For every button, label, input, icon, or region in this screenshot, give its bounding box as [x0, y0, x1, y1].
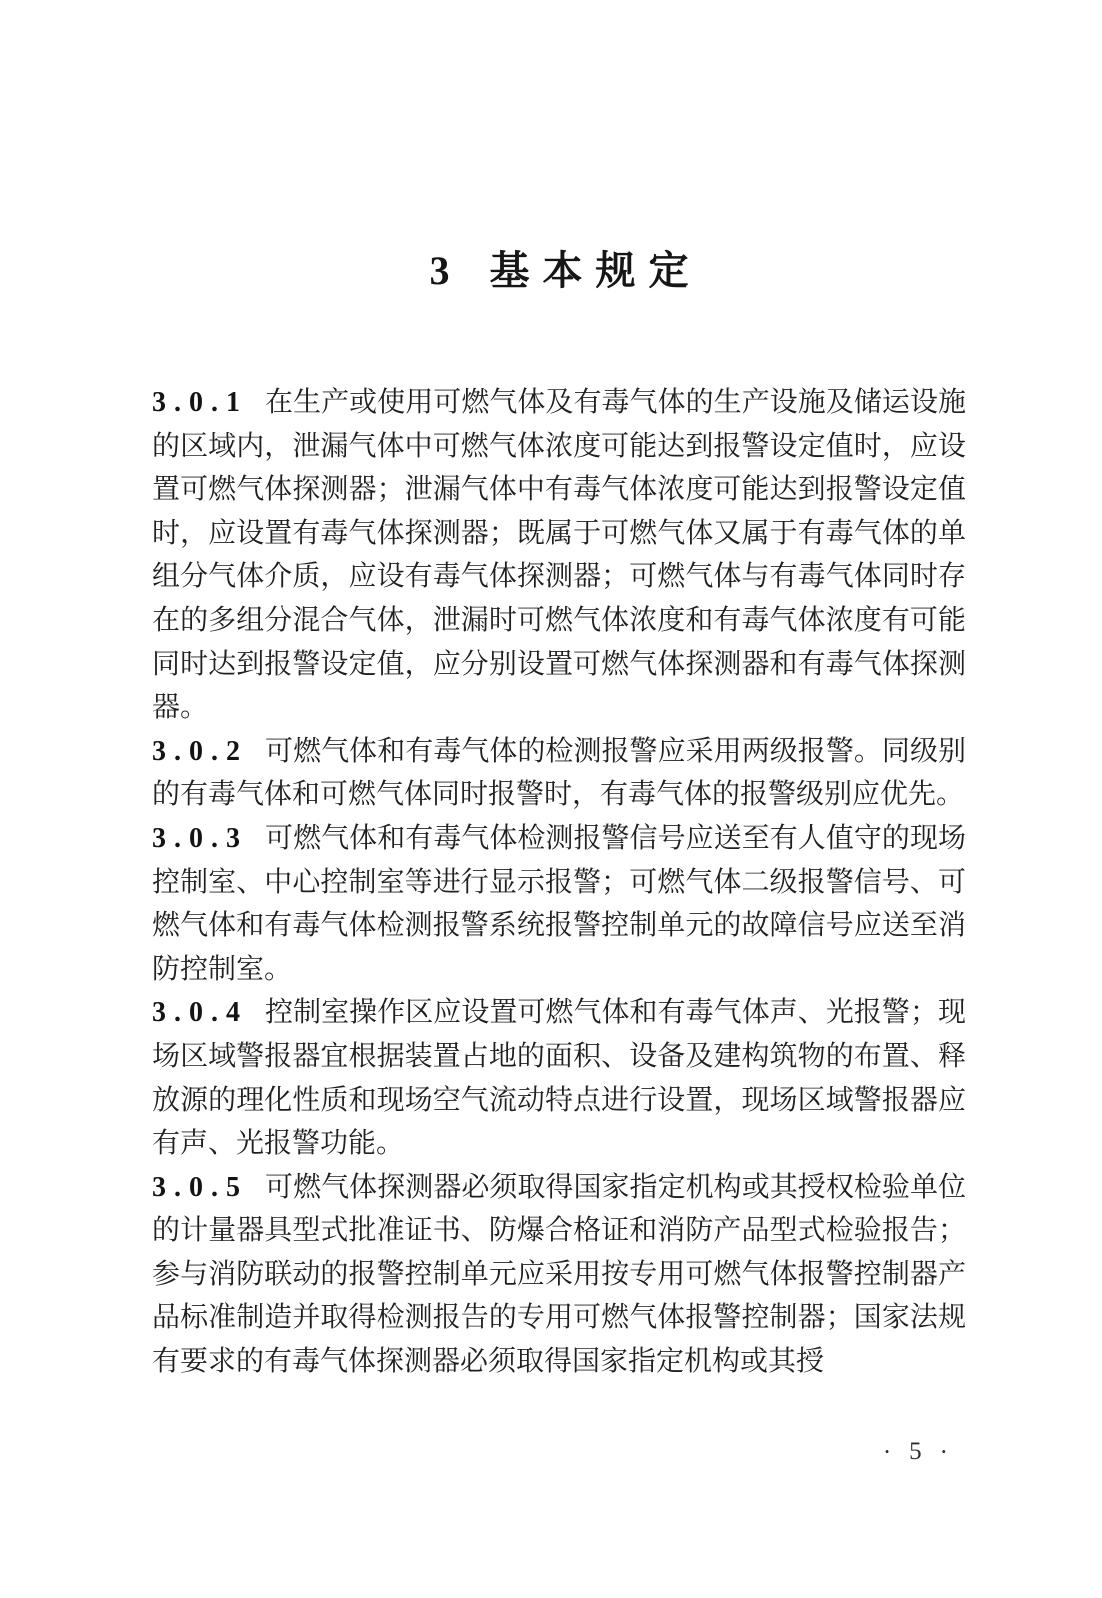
clause-number: 3.0.5: [152, 1172, 248, 1203]
clause-3-0-4: 3.0.4控制室操作区应设置可燃气体和有毒气体声、光报警；现场区域警报器宜根据装…: [152, 991, 966, 1165]
clause-text: 可燃气体探测器必须取得国家指定机构或其授权检验单位的计量器具型式批准证书、防爆合…: [152, 1172, 966, 1377]
clause-number: 3.0.3: [152, 823, 248, 854]
clause-text: 可燃气体和有毒气体的检测报警应采用两级报警。同级别的有毒气体和可燃气体同时报警时…: [152, 736, 966, 811]
clause-number: 3.0.4: [152, 997, 248, 1028]
clause-text: 可燃气体和有毒气体检测报警信号应送至有人值守的现场控制室、中心控制室等进行显示报…: [152, 823, 966, 985]
clause-list: 3.0.1在生产或使用可燃气体及有毒气体的生产设施及储运设施的区域内，泄漏气体中…: [152, 381, 966, 1384]
document-page: 3 基本规定 3.0.1在生产或使用可燃气体及有毒气体的生产设施及储运设施的区域…: [0, 0, 1102, 1598]
chapter-title: 基本规定: [490, 247, 702, 295]
footer-dot-icon: ·: [881, 1440, 893, 1465]
clause-text: 控制室操作区应设置可燃气体和有毒气体声、光报警；现场区域警报器宜根据装置占地的面…: [152, 997, 966, 1159]
footer-dot-icon: ·: [938, 1440, 950, 1465]
page-number: 5: [909, 1438, 922, 1466]
clause-3-0-1: 3.0.1在生产或使用可燃气体及有毒气体的生产设施及储运设施的区域内，泄漏气体中…: [152, 381, 966, 730]
page-footer: · 5 ·: [881, 1438, 950, 1466]
clause-3-0-5: 3.0.5可燃气体探测器必须取得国家指定机构或其授权检验单位的计量器具型式批准证…: [152, 1166, 966, 1384]
chapter-heading: 3 基本规定: [152, 247, 966, 295]
clause-3-0-3: 3.0.3可燃气体和有毒气体检测报警信号应送至有人值守的现场控制室、中心控制室等…: [152, 817, 966, 991]
clause-text: 在生产或使用可燃气体及有毒气体的生产设施及储运设施的区域内，泄漏气体中可燃气体浓…: [152, 387, 966, 723]
clause-number: 3.0.1: [152, 387, 248, 418]
chapter-number: 3: [430, 247, 450, 295]
clause-3-0-2: 3.0.2可燃气体和有毒气体的检测报警应采用两级报警。同级别的有毒气体和可燃气体…: [152, 730, 966, 817]
clause-number: 3.0.2: [152, 736, 248, 767]
